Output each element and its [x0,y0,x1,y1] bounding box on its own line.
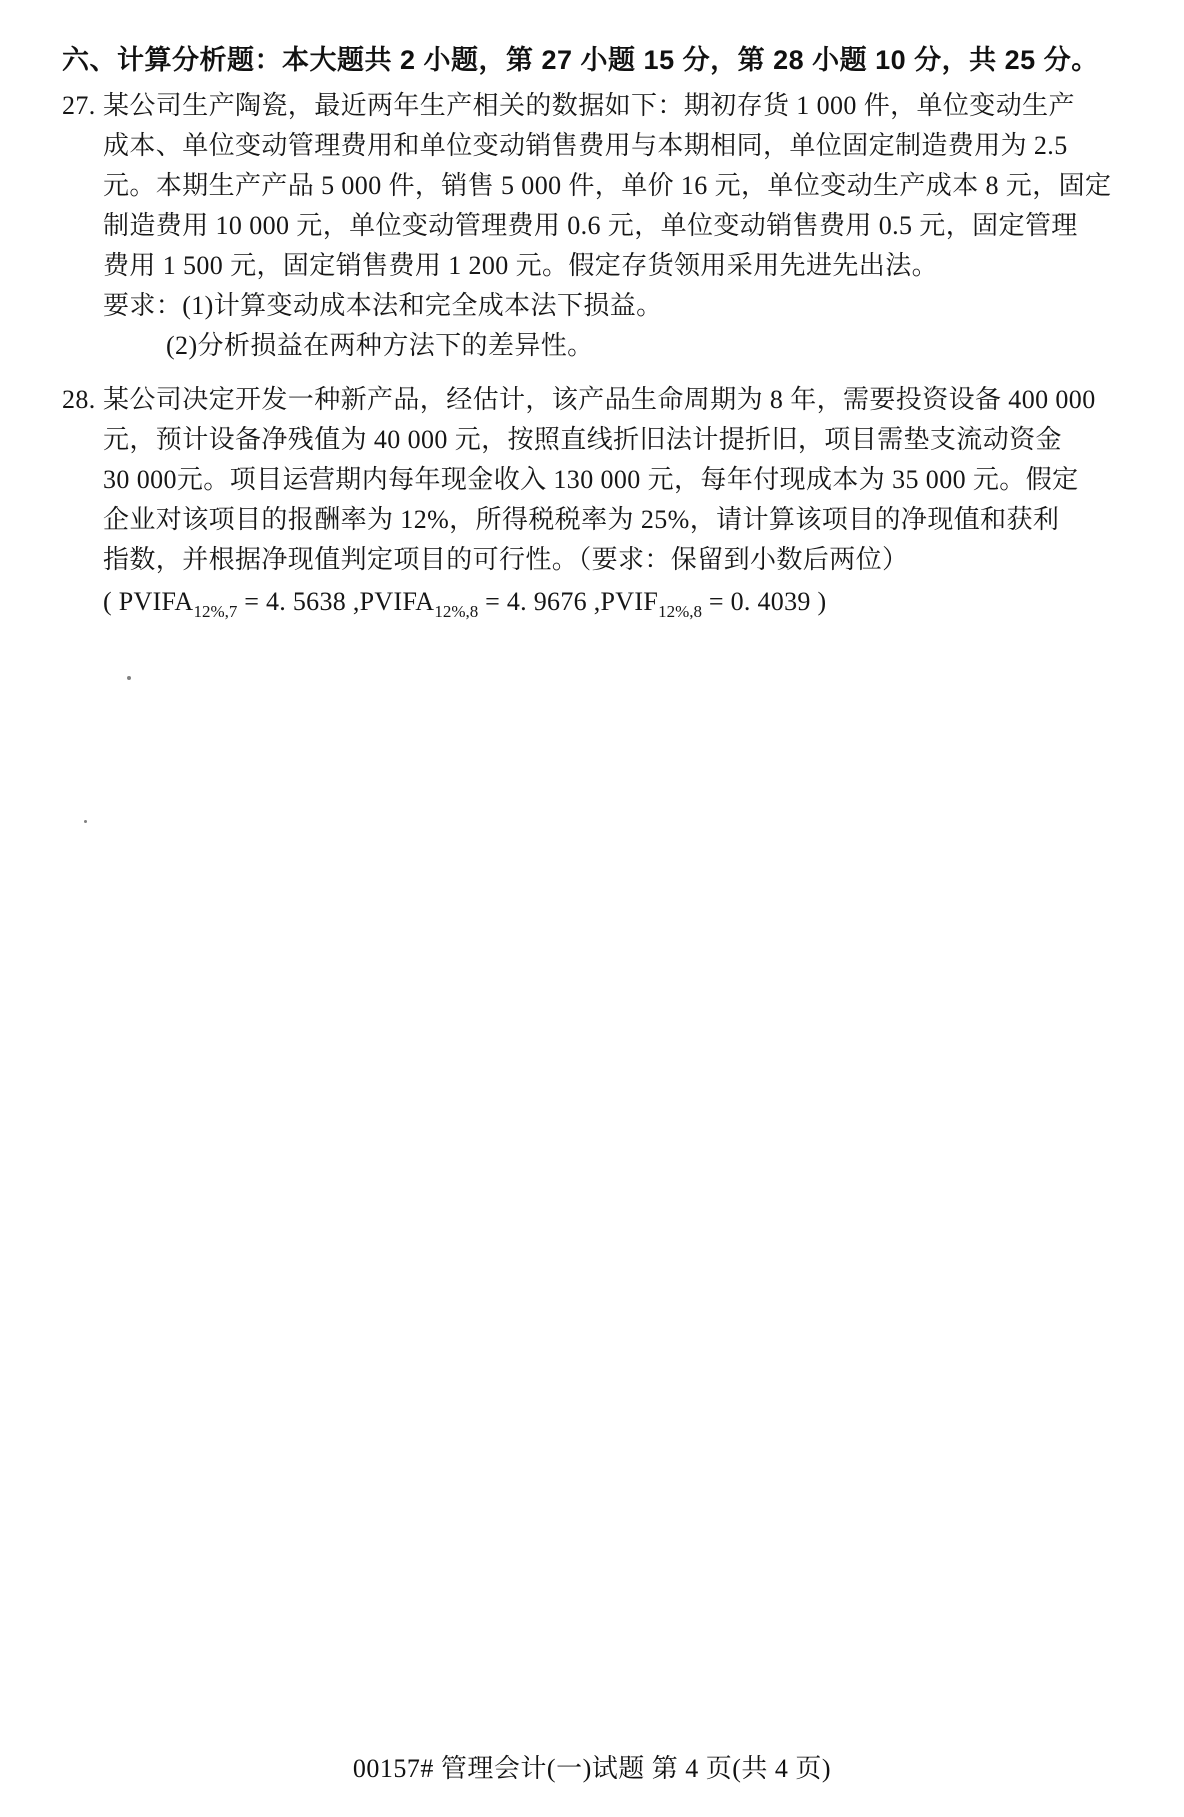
pvif-12-8-value: = 0. 4039 [702,587,811,616]
pvifa-12-7-subscript: 12%,7 [193,602,237,621]
question-28-line: 企业对该项目的报酬率为 12%，所得税税率为 25%，请计算该项目的净现值和获利 [62,500,1122,540]
question-27-line: 元。本期生产产品 5 000 件，销售 5 000 件，单价 16 元，单位变动… [62,166,1122,206]
pvifa-12-7-value: = 4. 5638 , [237,587,359,616]
question-28-text: 某公司决定开发一种新产品，经估计，该产品生命周期为 8 年，需要投资设备 400… [103,385,1096,414]
question-28-number: 28. [62,380,103,420]
question-27-text: 某公司生产陶瓷，最近两年生产相关的数据如下：期初存货 1 000 件，单位变动生… [103,91,1075,120]
question-28-line: 元，预计设备净残值为 40 000 元，按照直线折旧法计提折旧，项目需垫支流动资… [62,420,1122,460]
question-27-line: 成本、单位变动管理费用和单位变动销售费用与本期相同，单位固定制造费用为 2.5 [62,126,1122,166]
question-27: 27.某公司生产陶瓷，最近两年生产相关的数据如下：期初存货 1 000 件，单位… [62,86,1122,366]
formula-close-paren: ) [811,587,827,616]
scan-speck [84,820,87,823]
page-footer: 00157# 管理会计(一)试题 第 4 页(共 4 页) [0,1748,1184,1785]
question-27-line: 费用 1 500 元，固定销售费用 1 200 元。假定存货领用采用先进先出法。 [62,246,1122,286]
question-28-line: 28.某公司决定开发一种新产品，经估计，该产品生命周期为 8 年，需要投资设备 … [62,380,1122,420]
pvifa-12-8: PVIFA12%,8 = 4. 9676 , [360,587,601,616]
pvifa-12-8-value: = 4. 9676 , [478,587,600,616]
question-28-line: 指数，并根据净现值判定项目的可行性。（要求：保留到小数后两位） [62,540,1122,580]
question-27-line: 制造费用 10 000 元，单位变动管理费用 0.6 元，单位变动销售费用 0.… [62,206,1122,246]
pvifa-12-7: PVIFA12%,7 = 4. 5638 , [119,587,360,616]
pvif-12-8-subscript: 12%,8 [658,602,702,621]
question-27-line: 27.某公司生产陶瓷，最近两年生产相关的数据如下：期初存货 1 000 件，单位… [62,86,1122,126]
question-28: 28.某公司决定开发一种新产品，经估计，该产品生命周期为 8 年，需要投资设备 … [62,380,1122,624]
section-header: 六、计算分析题：本大题共 2 小题，第 27 小题 15 分，第 28 小题 1… [62,38,1122,77]
scan-speck [127,676,131,680]
pvifa-12-8-subscript: 12%,8 [434,602,478,621]
question-28-line: 30 000元。项目运营期内每年现金收入 130 000 元，每年付现成本为 3… [62,460,1122,500]
question-27-requirement-1: 要求：(1)计算变动成本法和完全成本法下损益。 [62,286,1122,326]
formula-open-paren: ( [103,587,119,616]
question-27-number: 27. [62,86,103,126]
question-27-requirement-2: (2)分析损益在两种方法下的差异性。 [62,326,1122,366]
pv-factor-formula: ( PVIFA12%,7 = 4. 5638 ,PVIFA12%,8 = 4. … [62,580,1122,624]
pvif-12-8: PVIF12%,8 = 0. 4039 [601,587,811,616]
exam-paper-page: 六、计算分析题：本大题共 2 小题，第 27 小题 15 分，第 28 小题 1… [0,0,1184,1817]
